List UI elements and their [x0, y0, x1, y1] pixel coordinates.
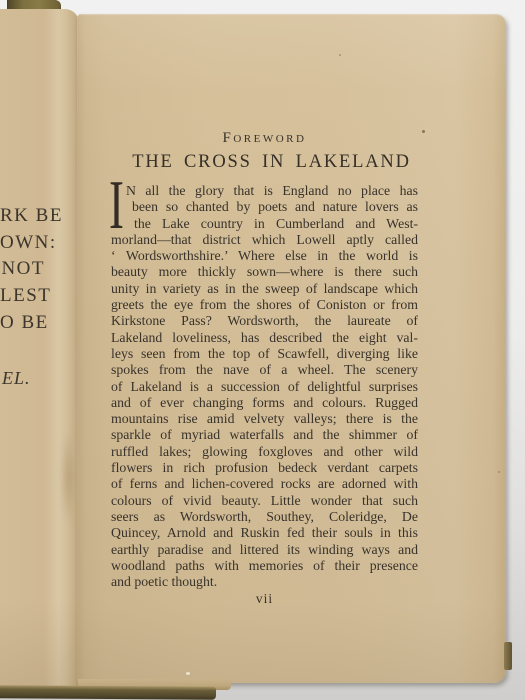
body-line: earthly paradise and littered its windin…: [111, 542, 418, 558]
body-line: woodland paths with memories of their pr…: [111, 558, 418, 574]
facing-page-line-fragment: RK BE: [0, 203, 45, 230]
body-line: sparkle of myriad waterfalls and the shi…: [111, 427, 418, 443]
facing-page-line-fragment: O BE: [0, 310, 45, 337]
facing-page-line-fragment: NOT: [0, 256, 45, 283]
body-line: ‘ Wordsworthshire.’ Where else in the wo…: [111, 248, 418, 264]
book-cover-edge-right: [504, 642, 512, 670]
main-page: Foreword THE CROSS IN LAKELAND I N all t…: [77, 14, 506, 683]
paper-speck: [186, 672, 190, 675]
body-line: Quincey, Arnold and Ruskin fed their sou…: [111, 525, 418, 541]
facing-page-edge: RK BEOWN:NOTLESTO BE EL.: [0, 9, 79, 690]
body-line: greets the eye from the shores of Conist…: [111, 297, 418, 313]
body-line: of ferns and lichen-covered rocks are ad…: [111, 476, 418, 492]
body-line: Lakeland loveliness, has described the e…: [111, 330, 418, 346]
body-line: spokes from the nave of a wheel. The sce…: [111, 362, 418, 378]
body-line: and poetic thought.: [111, 574, 418, 590]
body-line: ruffled lakes; glowing foxgloves and oth…: [111, 444, 418, 460]
body-lines: N all the glory that is England no place…: [111, 183, 418, 590]
body-line: mountains rise amid velvety valleys; the…: [111, 411, 418, 427]
page-number: vii: [111, 591, 418, 607]
body-line: leys seen from the top of Scawfell, dive…: [111, 346, 418, 362]
paper-speck: [498, 471, 500, 473]
body-line: of Lakeland is a succession of delightfu…: [111, 379, 418, 395]
drop-cap: I: [109, 180, 124, 232]
facing-page-line-fragment: LEST: [0, 283, 45, 310]
paper-speck: [339, 54, 341, 56]
facing-page-shadow: [0, 600, 79, 690]
body-line: and of ever changing forms and colours. …: [111, 395, 418, 411]
book-photo-scene: RK BEOWN:NOTLESTO BE EL. Foreword THE CR…: [0, 0, 525, 700]
gutter-stain: [60, 430, 76, 525]
body-line: colours of vivid beauty. Little wonder t…: [111, 493, 418, 509]
page-title: THE CROSS IN LAKELAND: [111, 152, 432, 173]
foreword-label: Foreword: [111, 130, 418, 147]
body-line: seers as Wordsworth, Southey, Coleridge,…: [111, 509, 418, 525]
facing-page-signature-fragment: EL.: [0, 368, 79, 389]
body-line: beauty more thickly sown—where is there …: [111, 264, 418, 280]
body-text: I N all the glory that is England no pla…: [111, 183, 418, 590]
body-line: N all the glory that is England no place…: [111, 183, 418, 199]
facing-page-text-fragments: RK BEOWN:NOTLESTO BE: [0, 203, 79, 337]
body-line: flowers in rich profusion bedeck verdant…: [111, 460, 418, 476]
body-line: been so chanted by poets and nature love…: [111, 199, 418, 215]
body-line: morland—that district which Lowell aptly…: [111, 232, 418, 248]
body-line: unity in variety as in the sweep of land…: [111, 281, 418, 297]
body-line: Kirkstone Pass? Wordsworth, the laureate…: [111, 313, 418, 329]
body-line: the Lake country in Cumberland and West-: [111, 216, 418, 232]
paper-speck: [422, 130, 425, 133]
facing-page-line-fragment: OWN:: [0, 230, 45, 257]
book-cover-edge-bottom: [0, 685, 216, 700]
